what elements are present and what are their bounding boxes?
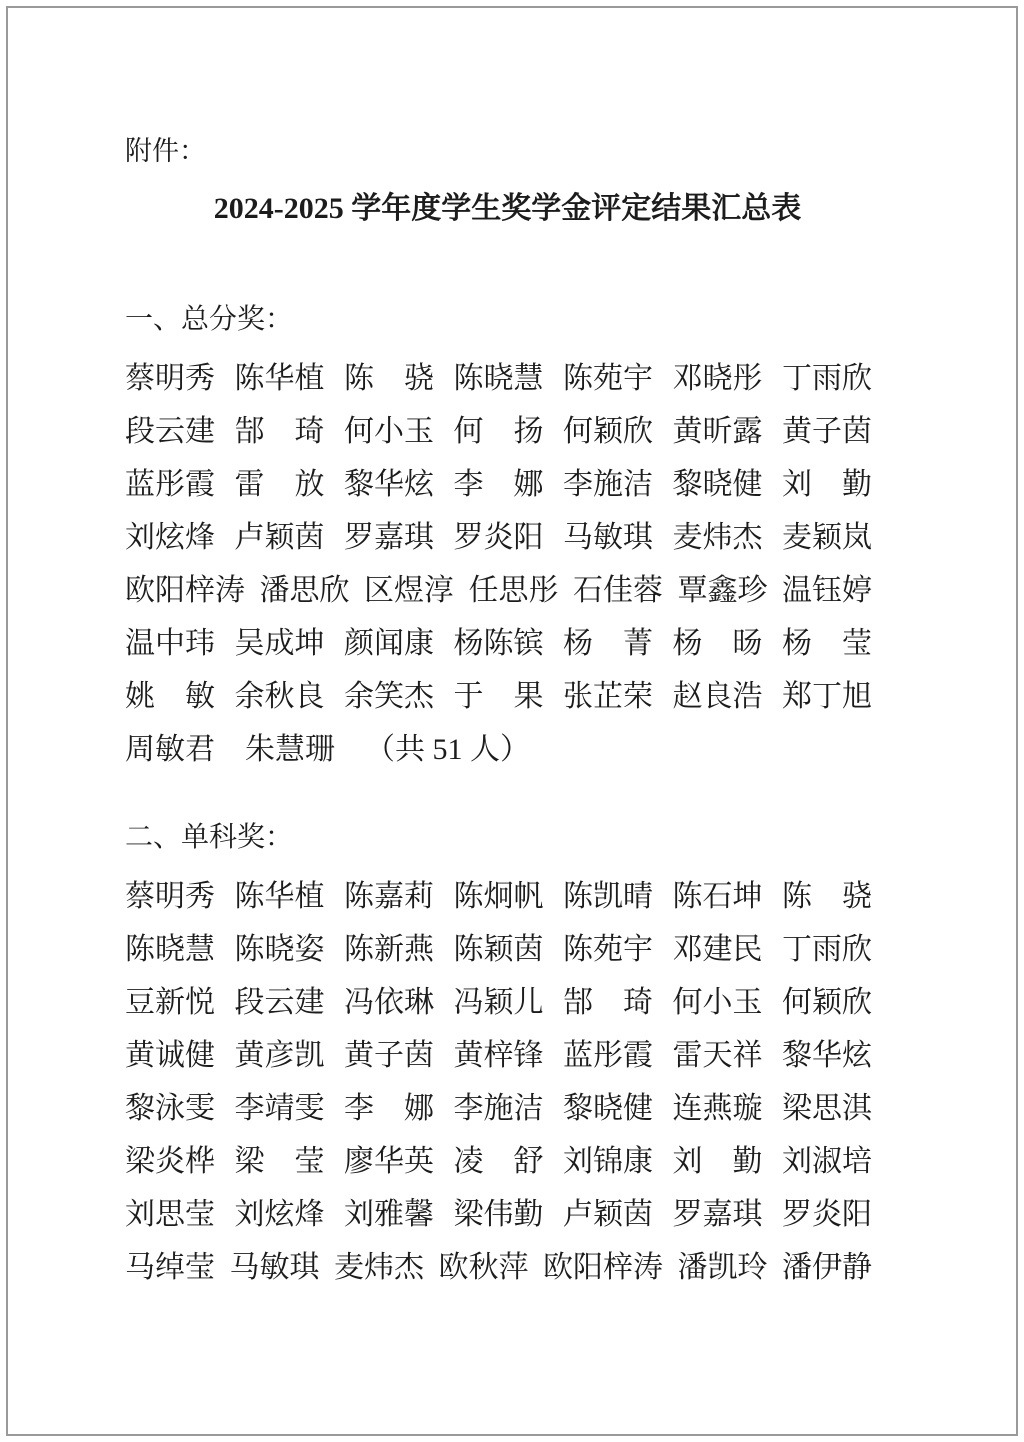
student-name: 连燕璇 [673,1082,763,1135]
student-name: 陈颖茵 [454,923,544,976]
student-name: 潘伊静 [782,1241,872,1294]
count-note: （共 51 人） [365,723,530,776]
student-name: 吴成坤 [235,617,325,670]
student-name: 陈 骁 [344,352,434,405]
student-name: 丁雨欣 [782,923,872,976]
section-heading-single-subject-award: 二、单科奖： [125,822,872,854]
student-name: 丁雨欣 [782,352,872,405]
document-title: 2024-2025 学年度学生奖学金评定结果汇总表 [125,192,872,226]
student-name: 郜 琦 [563,976,653,1029]
student-name: 蓝彤霞 [125,458,215,511]
student-name: 欧阳梓涛 [543,1241,663,1294]
student-name: 潘思欣 [260,564,350,617]
student-name: 陈凯晴 [563,870,653,923]
student-name: 黄彦凯 [235,1029,325,1082]
student-name: 陈新燕 [344,923,434,976]
student-name: 罗炎阳 [782,1188,872,1241]
student-name: 豆新悦 [125,976,215,1029]
student-name: 温钰婷 [782,564,872,617]
student-name: 欧阳梓涛 [125,564,245,617]
student-name: 李施洁 [454,1082,544,1135]
student-name: 梁 莹 [235,1135,325,1188]
student-name: 郑丁旭 [782,670,872,723]
name-row: 蔡明秀陈华植陈嘉莉陈炯帆陈凯晴陈石坤陈 骁 [125,870,872,923]
name-row: 温中玮吴成坤颜闻康杨陈镔杨 菁杨 旸杨 莹 [125,617,872,670]
student-name: 潘凯玲 [678,1241,768,1294]
student-name: 冯依琳 [344,976,434,1029]
attachment-label: 附件： [125,136,872,166]
student-name: 何颖欣 [563,405,653,458]
student-name: 段云建 [125,405,215,458]
student-name: 石佳蓉 [573,564,663,617]
student-name: 黎华炫 [782,1029,872,1082]
student-name: 蓝彤霞 [563,1029,653,1082]
name-row: 黄诚健黄彦凯黄子茵黄梓锋蓝彤霞雷天祥黎华炫 [125,1029,872,1082]
student-name: 陈 骁 [782,870,872,923]
section-heading-total-score-award: 一、总分奖： [125,304,872,336]
student-name: 黄子茵 [344,1029,434,1082]
student-name: 凌 舒 [454,1135,544,1188]
student-name: 郜 琦 [235,405,325,458]
student-name: 麦炜杰 [673,511,763,564]
student-name: 何 扬 [454,405,544,458]
student-name: 刘炫烽 [235,1188,325,1241]
student-name: 李 娜 [454,458,544,511]
student-name: 雷天祥 [673,1029,763,1082]
student-name: 刘 勤 [782,458,872,511]
student-name: 温中玮 [125,617,215,670]
student-name: 杨陈镔 [454,617,544,670]
student-name: 黎华炫 [344,458,434,511]
name-list-single-subject-award: 蔡明秀陈华植陈嘉莉陈炯帆陈凯晴陈石坤陈 骁陈晓慧陈晓姿陈新燕陈颖茵陈苑宇邓建民丁… [125,870,872,1294]
student-name: 马绰莹 [125,1241,215,1294]
student-name: 梁炎桦 [125,1135,215,1188]
name-row: 蔡明秀陈华植陈 骁陈晓慧陈苑宇邓晓彤丁雨欣 [125,352,872,405]
student-name: 冯颖儿 [454,976,544,1029]
student-name: 蔡明秀 [125,352,215,405]
student-name: 黎泳雯 [125,1082,215,1135]
student-name: 刘锦康 [563,1135,653,1188]
student-name: 黄梓锋 [454,1029,544,1082]
student-name: 梁伟勤 [454,1188,544,1241]
student-name: 陈晓慧 [454,352,544,405]
student-name: 刘淑培 [782,1135,872,1188]
name-row: 黎泳雯李靖雯李 娜李施洁黎晓健连燕璇梁思淇 [125,1082,872,1135]
student-name: 蔡明秀 [125,870,215,923]
student-name: 颜闻康 [344,617,434,670]
student-name: 陈华植 [235,352,325,405]
student-name: 杨 莹 [782,617,872,670]
student-name: 何小玉 [673,976,763,1029]
student-name: 杨 旸 [673,617,763,670]
name-row: 梁炎桦梁 莹廖华英凌 舒刘锦康刘 勤刘淑培 [125,1135,872,1188]
name-row: 周敏君朱慧珊（共 51 人） [125,723,872,776]
student-name: 陈晓姿 [235,923,325,976]
student-name: 马敏琪 [563,511,653,564]
student-name: 黎晓健 [673,458,763,511]
name-row: 马绰莹马敏琪麦炜杰欧秋萍欧阳梓涛潘凯玲潘伊静 [125,1241,872,1294]
student-name: 欧秋萍 [439,1241,529,1294]
student-name: 陈华植 [235,870,325,923]
student-name: 黄昕露 [673,405,763,458]
name-row: 姚 敏余秋良余笑杰于 果张芷荣赵良浩郑丁旭 [125,670,872,723]
student-name: 麦颖岚 [782,511,872,564]
name-row: 蓝彤霞雷 放黎华炫李 娜李施洁黎晓健刘 勤 [125,458,872,511]
student-name: 段云建 [235,976,325,1029]
student-name: 于 果 [454,670,544,723]
student-name: 陈晓慧 [125,923,215,976]
student-name: 赵良浩 [673,670,763,723]
student-name: 黄诚健 [125,1029,215,1082]
student-name: 刘 勤 [673,1135,763,1188]
name-row: 豆新悦段云建冯依琳冯颖儿郜 琦何小玉何颖欣 [125,976,872,1029]
student-name: 陈嘉莉 [344,870,434,923]
student-name: 杨 菁 [563,617,653,670]
student-name: 陈苑宇 [563,352,653,405]
name-row: 段云建郜 琦何小玉何 扬何颖欣黄昕露黄子茵 [125,405,872,458]
name-row: 陈晓慧陈晓姿陈新燕陈颖茵陈苑宇邓建民丁雨欣 [125,923,872,976]
student-name: 雷 放 [235,458,325,511]
student-name: 周敏君 [125,723,215,776]
name-list-total-score-award: 蔡明秀陈华植陈 骁陈晓慧陈苑宇邓晓彤丁雨欣段云建郜 琦何小玉何 扬何颖欣黄昕露黄… [125,352,872,776]
student-name: 罗嘉琪 [344,511,434,564]
student-name: 罗嘉琪 [673,1188,763,1241]
student-name: 卢颖茵 [235,511,325,564]
student-name: 何颖欣 [782,976,872,1029]
student-name: 廖华英 [344,1135,434,1188]
student-name: 姚 敏 [125,670,215,723]
student-name: 陈苑宇 [563,923,653,976]
name-row: 欧阳梓涛潘思欣区煜淳任思彤石佳蓉覃鑫珍温钰婷 [125,564,872,617]
student-name: 李靖雯 [235,1082,325,1135]
student-name: 刘雅馨 [344,1188,434,1241]
student-name: 黎晓健 [563,1082,653,1135]
student-name: 陈炯帆 [454,870,544,923]
student-name: 陈石坤 [673,870,763,923]
name-row: 刘炫烽卢颖茵罗嘉琪罗炎阳马敏琪麦炜杰麦颖岚 [125,511,872,564]
student-name: 李施洁 [563,458,653,511]
student-name: 刘炫烽 [125,511,215,564]
student-name: 刘思莹 [125,1188,215,1241]
student-name: 邓建民 [673,923,763,976]
student-name: 朱慧珊 [245,723,335,776]
student-name: 罗炎阳 [454,511,544,564]
student-name: 区煜淳 [364,564,454,617]
student-name: 余笑杰 [344,670,434,723]
student-name: 麦炜杰 [334,1241,424,1294]
student-name: 卢颖茵 [563,1188,653,1241]
student-name: 张芷荣 [563,670,653,723]
document-page: 附件： 2024-2025 学年度学生奖学金评定结果汇总表 一、总分奖： 蔡明秀… [0,0,1024,1442]
student-name: 余秋良 [235,670,325,723]
student-name: 覃鑫珍 [678,564,768,617]
student-name: 邓晓彤 [673,352,763,405]
document-content: 附件： 2024-2025 学年度学生奖学金评定结果汇总表 一、总分奖： 蔡明秀… [125,136,872,1294]
student-name: 梁思淇 [782,1082,872,1135]
student-name: 任思彤 [469,564,559,617]
student-name: 马敏琪 [230,1241,320,1294]
name-row: 刘思莹刘炫烽刘雅馨梁伟勤卢颖茵罗嘉琪罗炎阳 [125,1188,872,1241]
student-name: 黄子茵 [782,405,872,458]
student-name: 李 娜 [344,1082,434,1135]
student-name: 何小玉 [344,405,434,458]
